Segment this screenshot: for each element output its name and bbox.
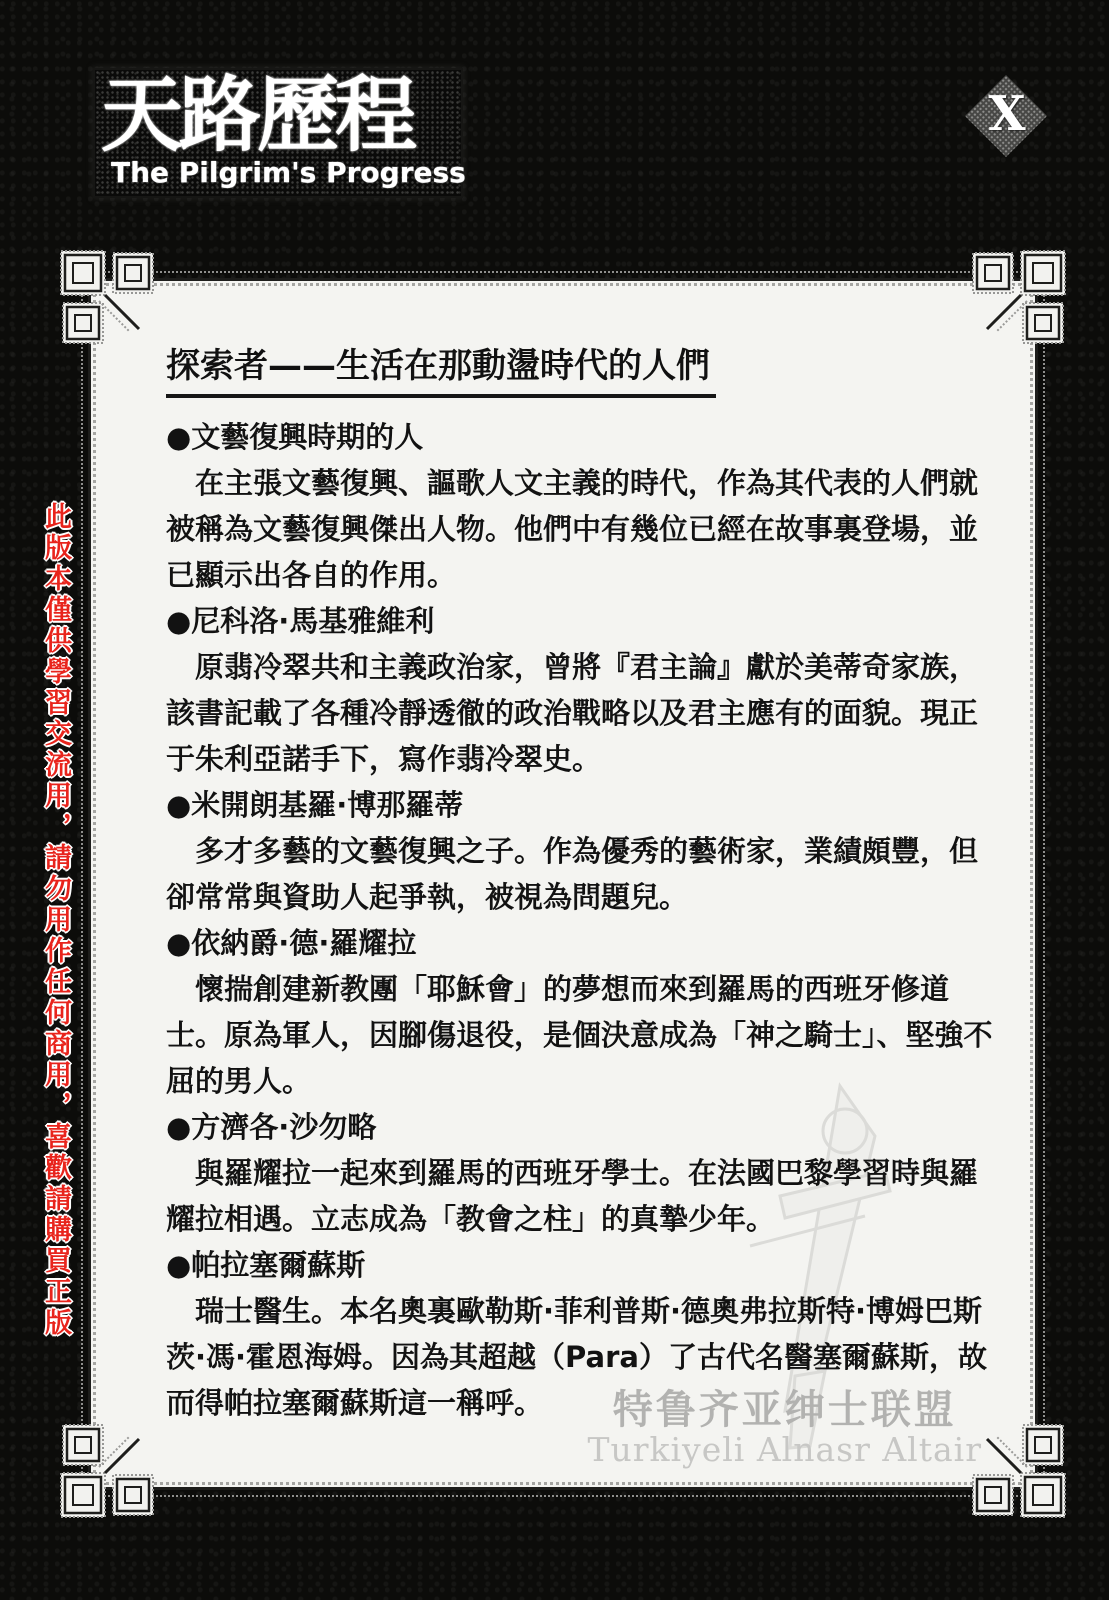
page-number: X bbox=[968, 86, 1046, 142]
watermark-cjk: 特鲁齐亚绅士联盟 bbox=[587, 1388, 982, 1432]
corner-ornament-bottom-right bbox=[959, 1411, 1069, 1521]
section-heading: ●依納爵·德·羅耀拉 bbox=[166, 920, 1004, 966]
glossary-section: ●文藝復興時期的人在主張文藝復興、謳歌人文主義的時代，作為其代表的人們就被稱為文… bbox=[166, 414, 1004, 598]
section-heading: ●帕拉塞爾蘇斯 bbox=[166, 1242, 1004, 1288]
corner-ornament-top-right bbox=[959, 247, 1069, 357]
section-heading: ●方濟各·沙勿略 bbox=[166, 1104, 1004, 1150]
series-logo: 天路歷程 The Pilgrim's Progress bbox=[95, 70, 461, 196]
section-body: 在主張文藝復興、謳歌人文主義的時代，作為其代表的人們就被稱為文藝復興傑出人物。他… bbox=[166, 460, 1004, 598]
corner-ornament-top-left bbox=[57, 247, 167, 357]
frame-inner-border: 探索者——生活在那動盪時代的人們 ●文藝復興時期的人在主張文藝復興、謳歌人文主義… bbox=[93, 283, 1033, 1485]
section-body: 與羅耀拉一起來到羅馬的西班牙學士。在法國巴黎學習時與羅耀拉相遇。立志成為「教會之… bbox=[166, 1150, 1004, 1242]
section-body: 多才多藝的文藝復興之子。作為優秀的藝術家，業績頗豐，但卻常常與資助人起爭執，被視… bbox=[166, 828, 1004, 920]
section-heading: ●尼科洛·馬基雅維利 bbox=[166, 598, 1004, 644]
glossary-section: ●米開朗基羅·博那羅蒂多才多藝的文藝復興之子。作為優秀的藝術家，業績頗豐，但卻常… bbox=[166, 782, 1004, 920]
section-heading: ●米開朗基羅·博那羅蒂 bbox=[166, 782, 1004, 828]
section-body: 原翡冷翠共和主義政治家，曾將『君主論』獻於美蒂奇家族，該書記載了各種冷靜透徹的政… bbox=[166, 644, 1004, 782]
section-body: 懷揣創建新教團「耶穌會」的夢想而來到羅馬的西班牙修道士。原為軍人，因腳傷退役，是… bbox=[166, 966, 1004, 1104]
series-title-en: The Pilgrim's Progress bbox=[101, 158, 461, 188]
series-title-cjk: 天路歷程 bbox=[101, 74, 461, 158]
corner-ornament-bottom-left bbox=[57, 1411, 167, 1521]
glossary-section: ●依納爵·德·羅耀拉懷揣創建新教團「耶穌會」的夢想而來到羅馬的西班牙修道士。原為… bbox=[166, 920, 1004, 1104]
content-frame: 探索者——生活在那動盪時代的人們 ●文藝復興時期的人在主張文藝復興、謳歌人文主義… bbox=[88, 278, 1038, 1490]
sections-list: ●文藝復興時期的人在主張文藝復興、謳歌人文主義的時代，作為其代表的人們就被稱為文… bbox=[166, 414, 1004, 1426]
anti-piracy-note: 此版本僅供學習交流用，請勿用作任何商用，喜歡請購買正版 bbox=[36, 502, 75, 1222]
glossary-section: ●尼科洛·馬基雅維利原翡冷翠共和主義政治家，曾將『君主論』獻於美蒂奇家族，該書記… bbox=[166, 598, 1004, 782]
page-number-badge: X bbox=[968, 78, 1046, 156]
group-watermark: 特鲁齐亚绅士联盟 Turkiyeli Alnasr Altair bbox=[587, 1388, 982, 1468]
glossary-section: ●方濟各·沙勿略與羅耀拉一起來到羅馬的西班牙學士。在法國巴黎學習時與羅耀拉相遇。… bbox=[166, 1104, 1004, 1242]
section-heading: ●文藝復興時期的人 bbox=[166, 414, 1004, 460]
page-title: 探索者——生活在那動盪時代的人們 bbox=[166, 346, 716, 398]
watermark-latin: Turkiyeli Alnasr Altair bbox=[587, 1432, 982, 1468]
content-area: 探索者——生活在那動盪時代的人們 ●文藝復興時期的人在主張文藝復興、謳歌人文主義… bbox=[96, 286, 1030, 1482]
